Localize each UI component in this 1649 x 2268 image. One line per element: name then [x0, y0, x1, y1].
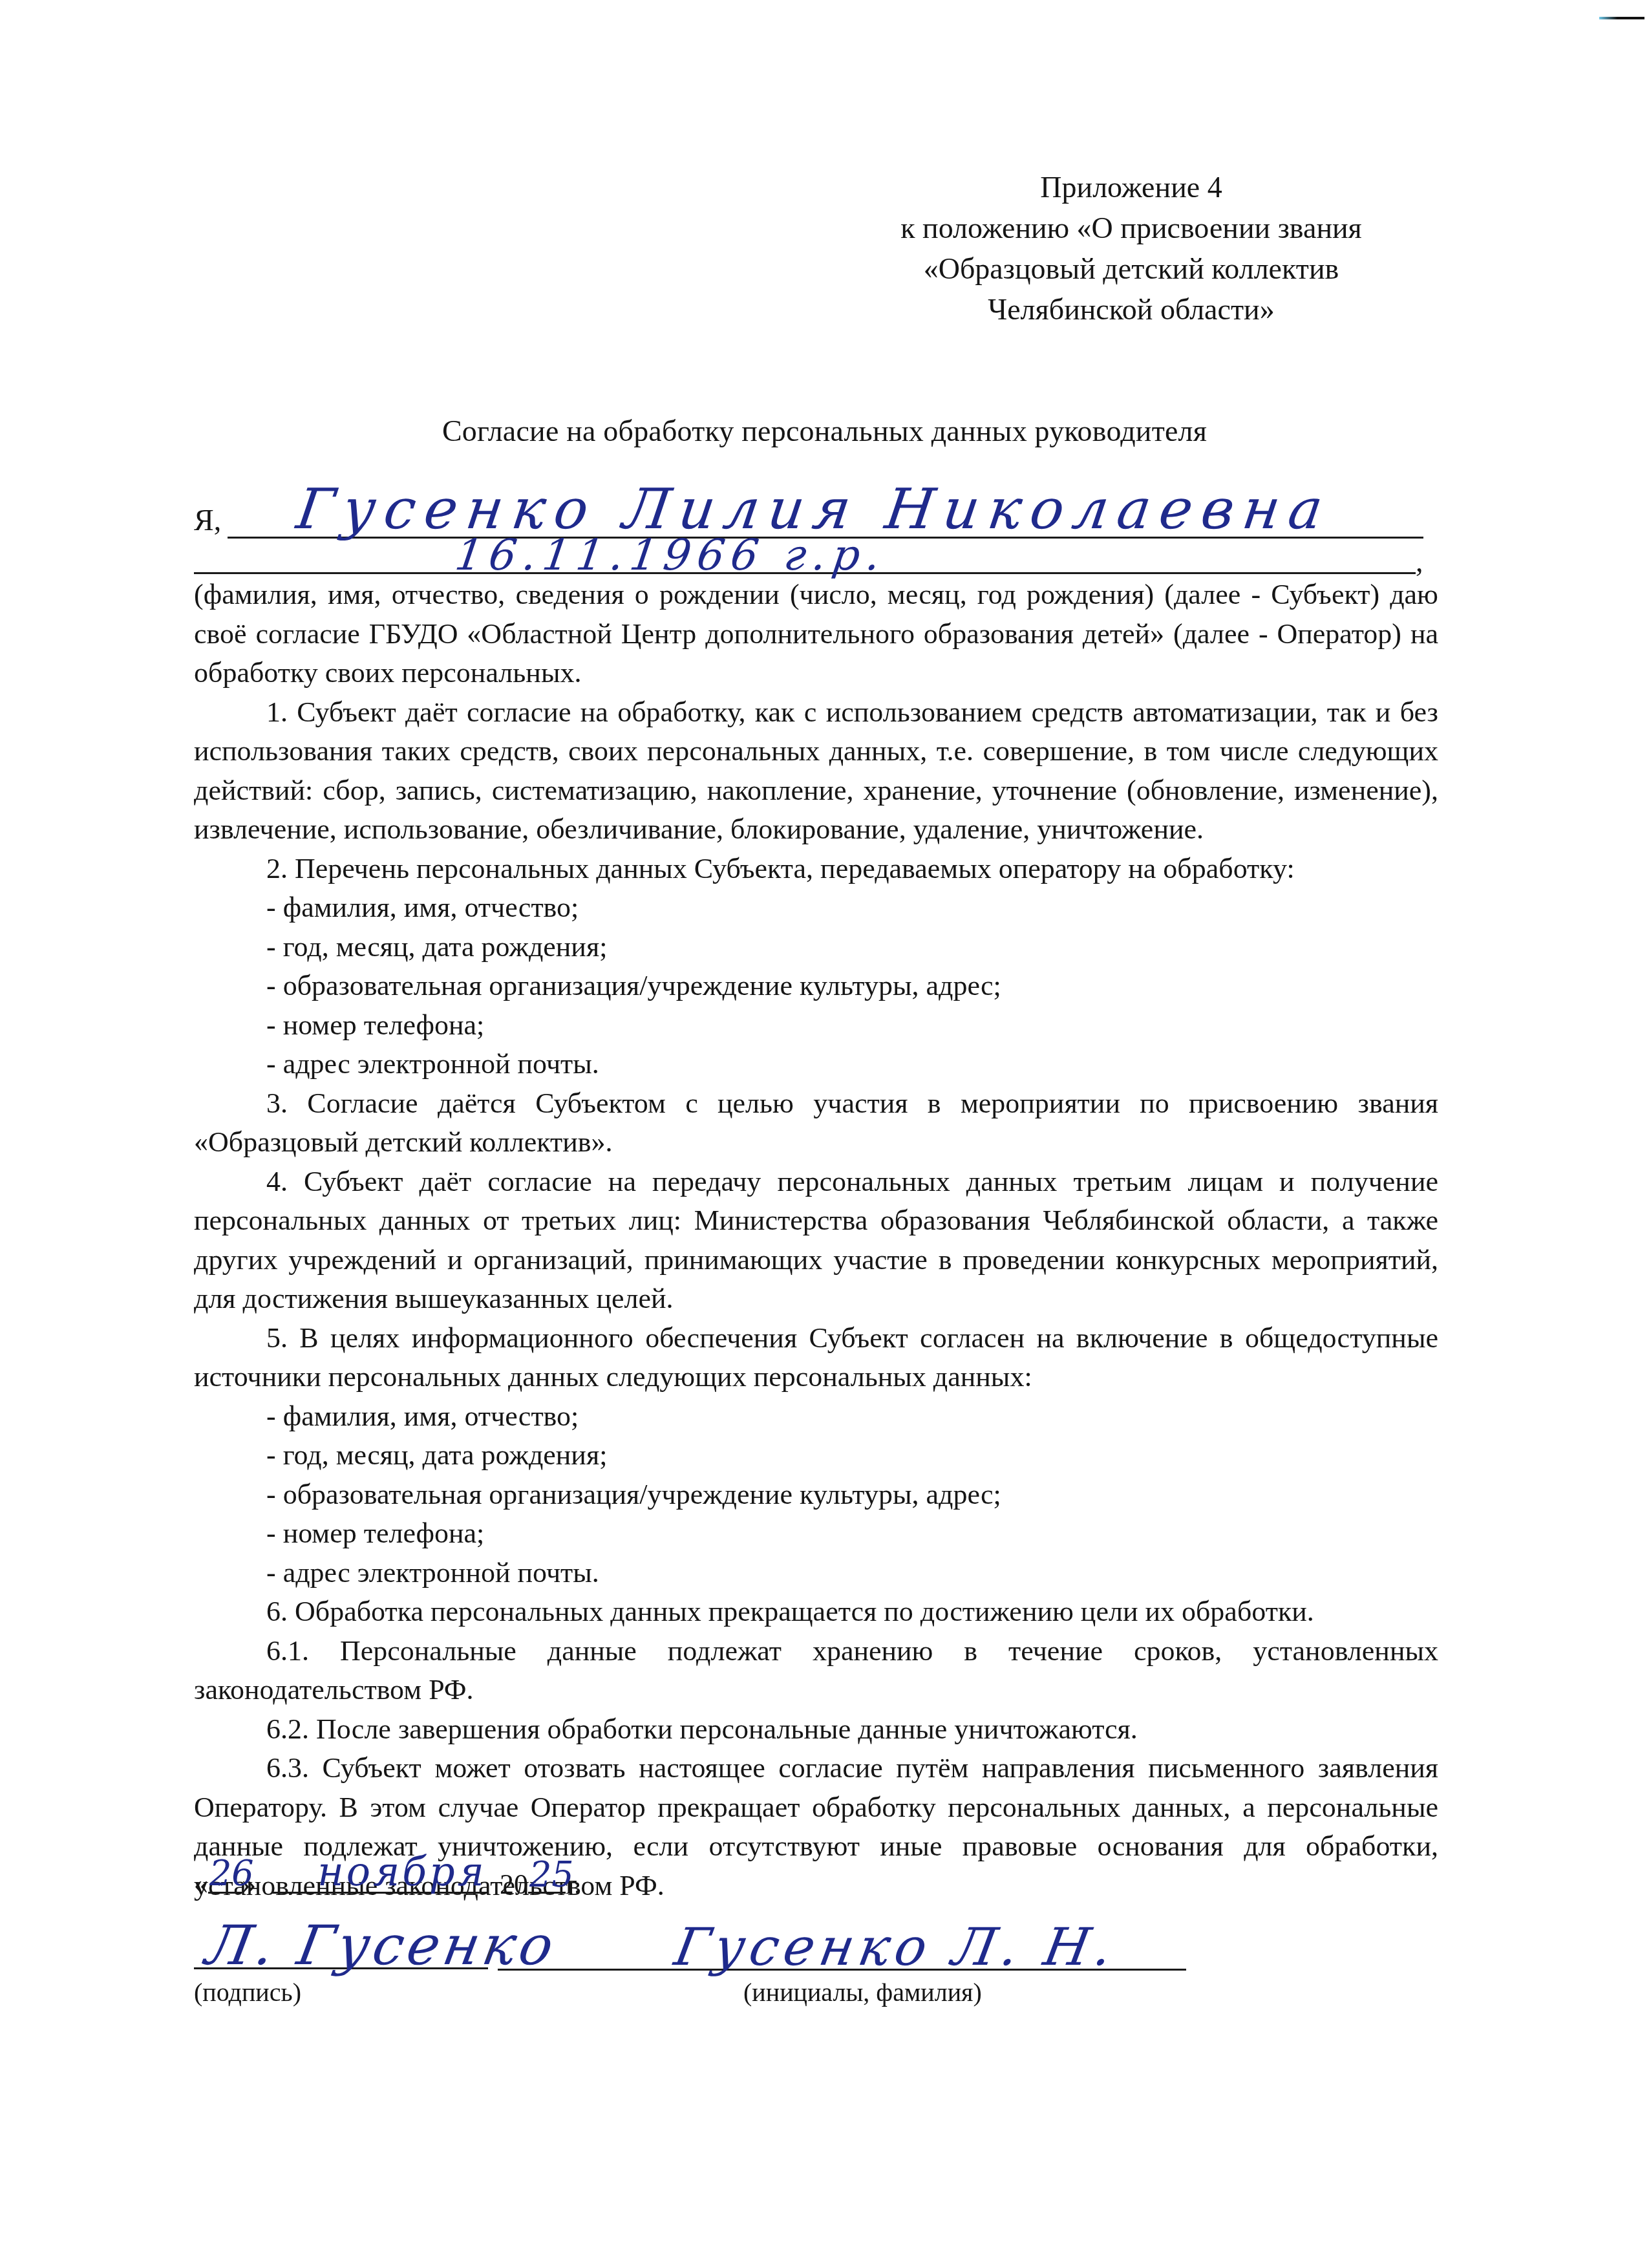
- appendix-line-3: «Образцовый детский коллектив: [808, 248, 1454, 289]
- clause-4: 4. Субъект даёт согласие на передачу пер…: [194, 1162, 1438, 1319]
- clause-1: 1. Субъект даёт согласие на обработку, к…: [194, 693, 1438, 850]
- handwritten-year: 25: [529, 1854, 574, 1895]
- clause-2: 2. Перечень персональных данных Субъекта…: [194, 850, 1438, 889]
- appendix-heading: Приложение 4 к положению «О присвоении з…: [808, 167, 1454, 330]
- subject-prefix: Я,: [194, 503, 221, 537]
- handwritten-day: 26: [209, 1853, 254, 1894]
- scan-artifact: [1599, 17, 1644, 19]
- intro-paragraph: (фамилия, имя, отчество, сведения о рожд…: [194, 575, 1438, 693]
- signature-caption: (подпись): [194, 1977, 301, 2007]
- clause-3: 3. Согласие даётся Субъектом с целью уча…: [194, 1084, 1438, 1162]
- clause-5-item: - образовательная организация/учреждение…: [194, 1475, 1438, 1515]
- clause-5-item: - адрес электронной почты.: [194, 1554, 1438, 1593]
- clause-5-item: - номер телефона;: [194, 1514, 1438, 1554]
- initials-caption: (инициалы, фамилия): [743, 1977, 982, 2007]
- date-year-prefix: 20: [500, 1868, 528, 1900]
- date-day-field[interactable]: 26: [208, 1862, 242, 1894]
- date-month-field[interactable]: ноября: [272, 1862, 489, 1894]
- clause-2-item: - год, месяц, дата рождения;: [194, 928, 1438, 967]
- appendix-line-2: к положению «О присвоении звания: [808, 208, 1454, 248]
- clause-2-item: - образовательная организация/учреждение…: [194, 967, 1438, 1006]
- clause-2-item: - фамилия, имя, отчество;: [194, 888, 1438, 928]
- date-row: «26» ноября 2025г.: [194, 1862, 581, 1901]
- clause-5: 5. В целях информационного обеспечения С…: [194, 1319, 1438, 1397]
- clause-2-item: - номер телефона;: [194, 1006, 1438, 1045]
- handwritten-initials[interactable]: Гусенко Л. Н.: [670, 1917, 1122, 1977]
- clause-2-item: - адрес электронной почты.: [194, 1045, 1438, 1084]
- handwritten-signature[interactable]: Л. Гусенко: [201, 1914, 562, 1977]
- handwritten-birth-date[interactable]: 16.11.1966 г.р.: [452, 530, 890, 580]
- clause-6-2: 6.2. После завершения обработки персонал…: [194, 1710, 1438, 1749]
- handwritten-month: ноября: [317, 1848, 487, 1895]
- clause-6-1: 6.1. Персональные данные подлежат хранен…: [194, 1632, 1438, 1710]
- appendix-line-1: Приложение 4: [808, 167, 1454, 208]
- signature-separator: /: [486, 1936, 493, 1967]
- clause-6: 6. Обработка персональных данных прекращ…: [194, 1592, 1438, 1632]
- date-year-field[interactable]: 25: [528, 1862, 566, 1894]
- document-title: Согласие на обработку персональных данны…: [0, 414, 1649, 448]
- clause-5-item: - фамилия, имя, отчество;: [194, 1397, 1438, 1437]
- date-open-quote: «: [194, 1868, 208, 1900]
- appendix-line-4: Челябинской области»: [808, 289, 1454, 330]
- line-end-comma: ,: [1416, 544, 1423, 579]
- document-page: Приложение 4 к положению «О присвоении з…: [0, 0, 1649, 2268]
- clause-5-item: - год, месяц, дата рождения;: [194, 1436, 1438, 1475]
- consent-body: (фамилия, имя, отчество, сведения о рожд…: [194, 575, 1438, 1905]
